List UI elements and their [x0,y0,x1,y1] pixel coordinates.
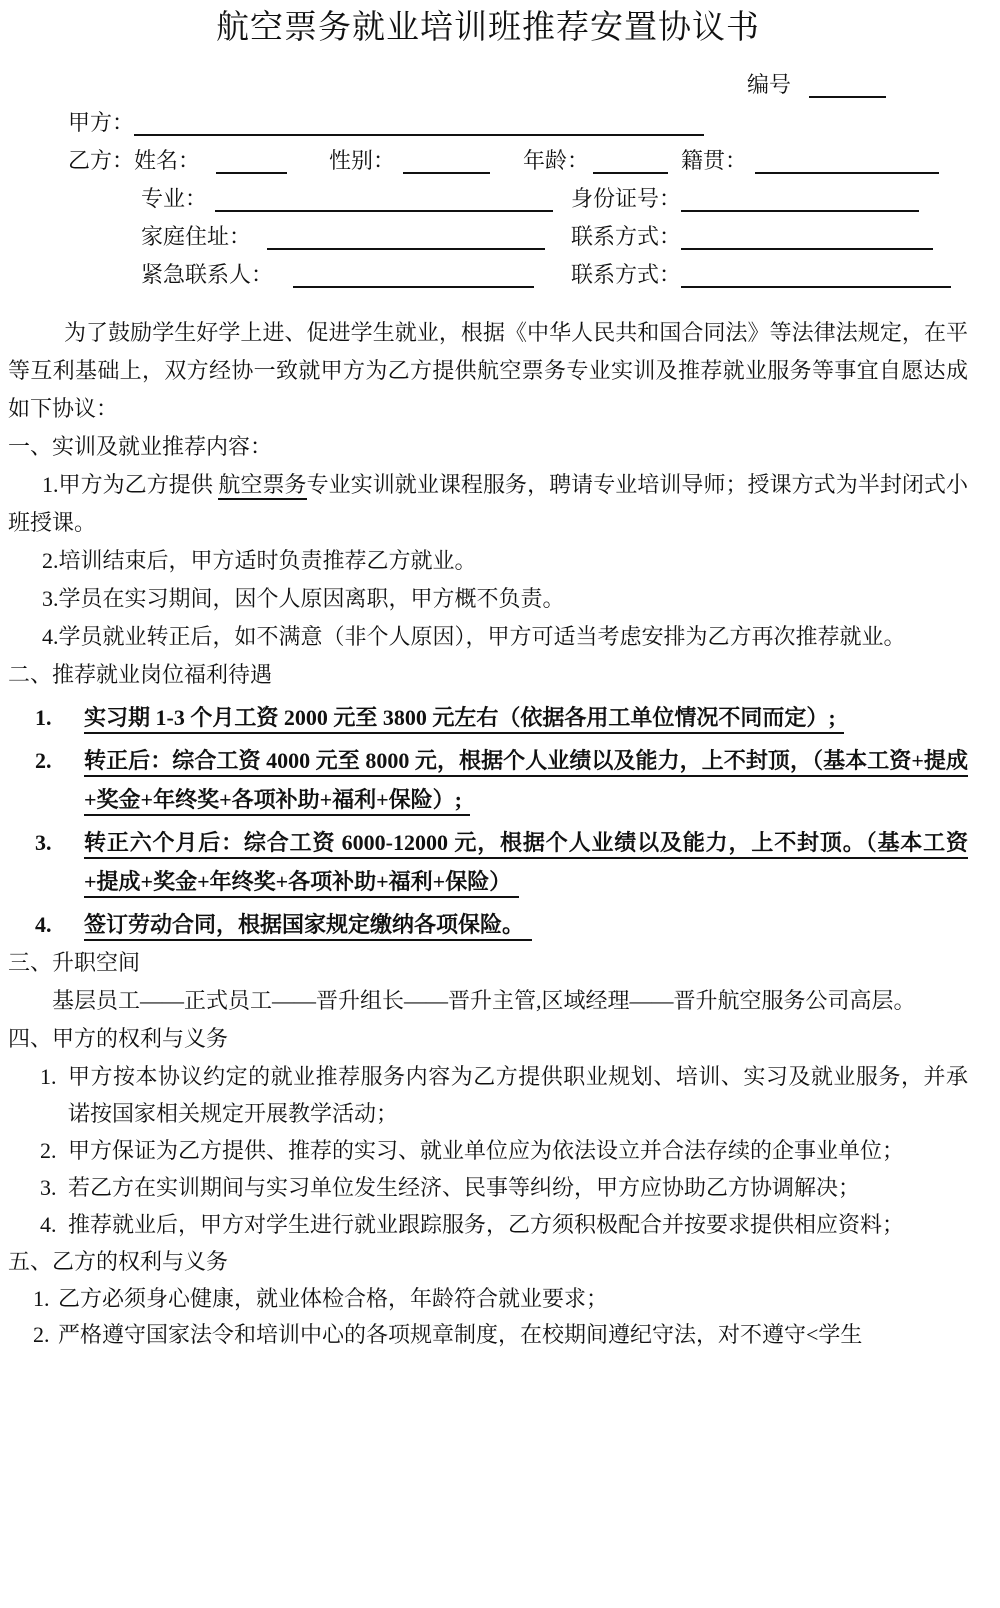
item-text: 转正六个月后：综合工资 6000-12000 元，根据个人业绩以及能力，上不封顶… [84,830,968,898]
item-text: 严格遵守国家法令和培训中心的各项规章制度，在校期间遵纪守法，对不遵守<学生 [58,1322,862,1347]
emergency-row: 紧急联系人： 联系方式： [8,256,968,294]
contact2-blank [681,256,951,288]
id-blank [681,180,919,212]
major-row: 专业： 身份证号： [8,180,968,218]
contact-blank [681,218,933,250]
section3-paragraph: 基层员工——正式员工——晋升组长——晋升主管,区域经理——晋升航空服务公司高层。 [52,982,968,1020]
address-row: 家庭住址： 联系方式： [8,218,968,256]
party-a-label: 甲方： [68,110,134,135]
item-text: 推荐就业后，甲方对学生进行就业跟踪服务，乙方须积极配合并按要求提供相应资料； [68,1212,904,1237]
section2-heading: 二、推荐就业岗位福利待遇 [8,656,968,694]
page-title: 航空票务就业培训班推荐安置协议书 [8,6,968,50]
age-field: 年龄： [523,142,668,180]
intro-paragraph: 为了鼓励学生好学上进、促进学生就业，根据《中华人民共和国合同法》等法律法规定，在… [8,314,968,428]
age-blank [593,142,668,174]
id-field: 身份证号： [571,180,919,218]
name-blank [216,142,287,174]
section1-item-4: 4.学员就业转正后，如不满意（非个人原因），甲方可适当考虑安排为乙方再次推荐就业… [8,618,968,656]
emergency-label: 紧急联系人： [141,262,273,287]
item-number: 3. [35,823,52,862]
item-text: 签订劳动合同，根据国家规定缴纳各项保险。 [84,912,532,941]
gender-label: 性别： [329,148,395,173]
section2-item-1: 1.实习期 1-3 个月工资 2000 元至 3800 元左右（依据各用工单位情… [8,698,968,737]
id-label: 身份证号： [571,186,681,211]
section2-item-3: 3.转正六个月后：综合工资 6000-12000 元，根据个人业绩以及能力，上不… [8,823,968,901]
contact2-label: 联系方式： [571,262,681,287]
major-blank [215,180,553,212]
section4-item-3: 3.若乙方在实训期间与实习单位发生经济、民事等纠纷，甲方应协助乙方协调解决； [8,1169,968,1206]
item-number: 4. [40,1206,57,1243]
origin-blank [755,142,939,174]
item-text: 转正后：综合工资 4000 元至 8000 元，根据个人业绩以及能力，上不封顶，… [84,748,968,816]
number-label: 编号 [747,72,791,97]
item-text: 实习期 1-3 个月工资 2000 元至 3800 元左右（依据各用工单位情况不… [84,705,844,734]
gender-field: 性别： [329,142,490,180]
address-blank [267,218,545,250]
party-a-blank [134,104,704,136]
number-blank [809,66,886,98]
section1-item-1: 1.甲方为乙方提供 航空票务专业实训就业课程服务，聘请专业培训导师；授课方式为半… [8,466,968,542]
section2-item-2: 2.转正后：综合工资 4000 元至 8000 元，根据个人业绩以及能力，上不封… [8,741,968,819]
age-label: 年龄： [523,148,589,173]
section5-item-1: 1.乙方必须身心健康，就业体检合格，年龄符合就业要求； [8,1281,968,1317]
contact-label: 联系方式： [571,224,681,249]
item-number: 2. [35,741,52,780]
item-number: 4. [35,905,52,944]
section2-item-4: 4.签订劳动合同，根据国家规定缴纳各项保险。 [8,905,968,944]
section3-heading: 三、升职空间 [8,944,968,982]
major-label: 专业： [141,186,207,211]
gender-blank [403,142,490,174]
origin-field: 籍贯： [681,142,939,180]
section1-item-2: 2.培训结束后，甲方适时负责推荐乙方就业。 [8,542,968,580]
section1-heading: 一、实训及就业推荐内容： [8,428,968,466]
section1-item1-prefix: 1.甲方为乙方提供 [42,472,218,497]
section5-item-2: 2.严格遵守国家法令和培训中心的各项规章制度，在校期间遵纪守法，对不遵守<学生 [8,1317,968,1353]
name-label: 姓名： [134,148,200,173]
number-row: 编号 [8,66,968,104]
contact2-field: 联系方式： [571,256,951,294]
item-number: 1. [35,698,52,737]
section5-heading: 五、乙方的权利与义务 [8,1243,968,1281]
origin-label: 籍贯： [681,148,747,173]
address-label: 家庭住址： [141,224,251,249]
section1-item-3: 3.学员在实习期间，因个人原因离职，甲方概不负责。 [8,580,968,618]
party-a-row: 甲方： [8,104,968,142]
contact-field: 联系方式： [571,218,933,256]
section4-heading: 四、甲方的权利与义务 [8,1020,968,1058]
item-text: 甲方保证为乙方提供、推荐的实习、就业单位应为依法设立并合法存续的企事业单位； [68,1138,904,1163]
item-number: 1. [33,1281,50,1317]
section4-item-2: 2.甲方保证为乙方提供、推荐的实习、就业单位应为依法设立并合法存续的企事业单位； [8,1132,968,1169]
item-number: 3. [40,1169,57,1206]
section1-item1-underlined: 航空票务 [218,472,306,500]
party-b-row: 乙方：姓名： 性别： 年龄： 籍贯： [8,142,968,180]
section4-item-1: 1.甲方按本协议约定的就业推荐服务内容为乙方提供职业规划、培训、实习及就业服务，… [8,1058,968,1132]
party-b-label: 乙方： [68,148,134,173]
item-number: 2. [40,1132,57,1169]
contract-document: 航空票务就业培训班推荐安置协议书 编号 甲方： 乙方：姓名： 性别： 年龄： 籍… [0,0,1000,1608]
item-number: 2. [33,1317,50,1353]
item-text: 乙方必须身心健康，就业体检合格，年龄符合就业要求； [58,1286,608,1311]
emergency-blank [293,256,534,288]
item-text: 甲方按本协议约定的就业推荐服务内容为乙方提供职业规划、培训、实习及就业服务，并承… [68,1064,968,1126]
section4-item-4: 4.推荐就业后，甲方对学生进行就业跟踪服务，乙方须积极配合并按要求提供相应资料； [8,1206,968,1243]
item-text: 若乙方在实训期间与实习单位发生经济、民事等纠纷，甲方应协助乙方协调解决； [68,1175,860,1200]
item-number: 1. [40,1058,57,1095]
